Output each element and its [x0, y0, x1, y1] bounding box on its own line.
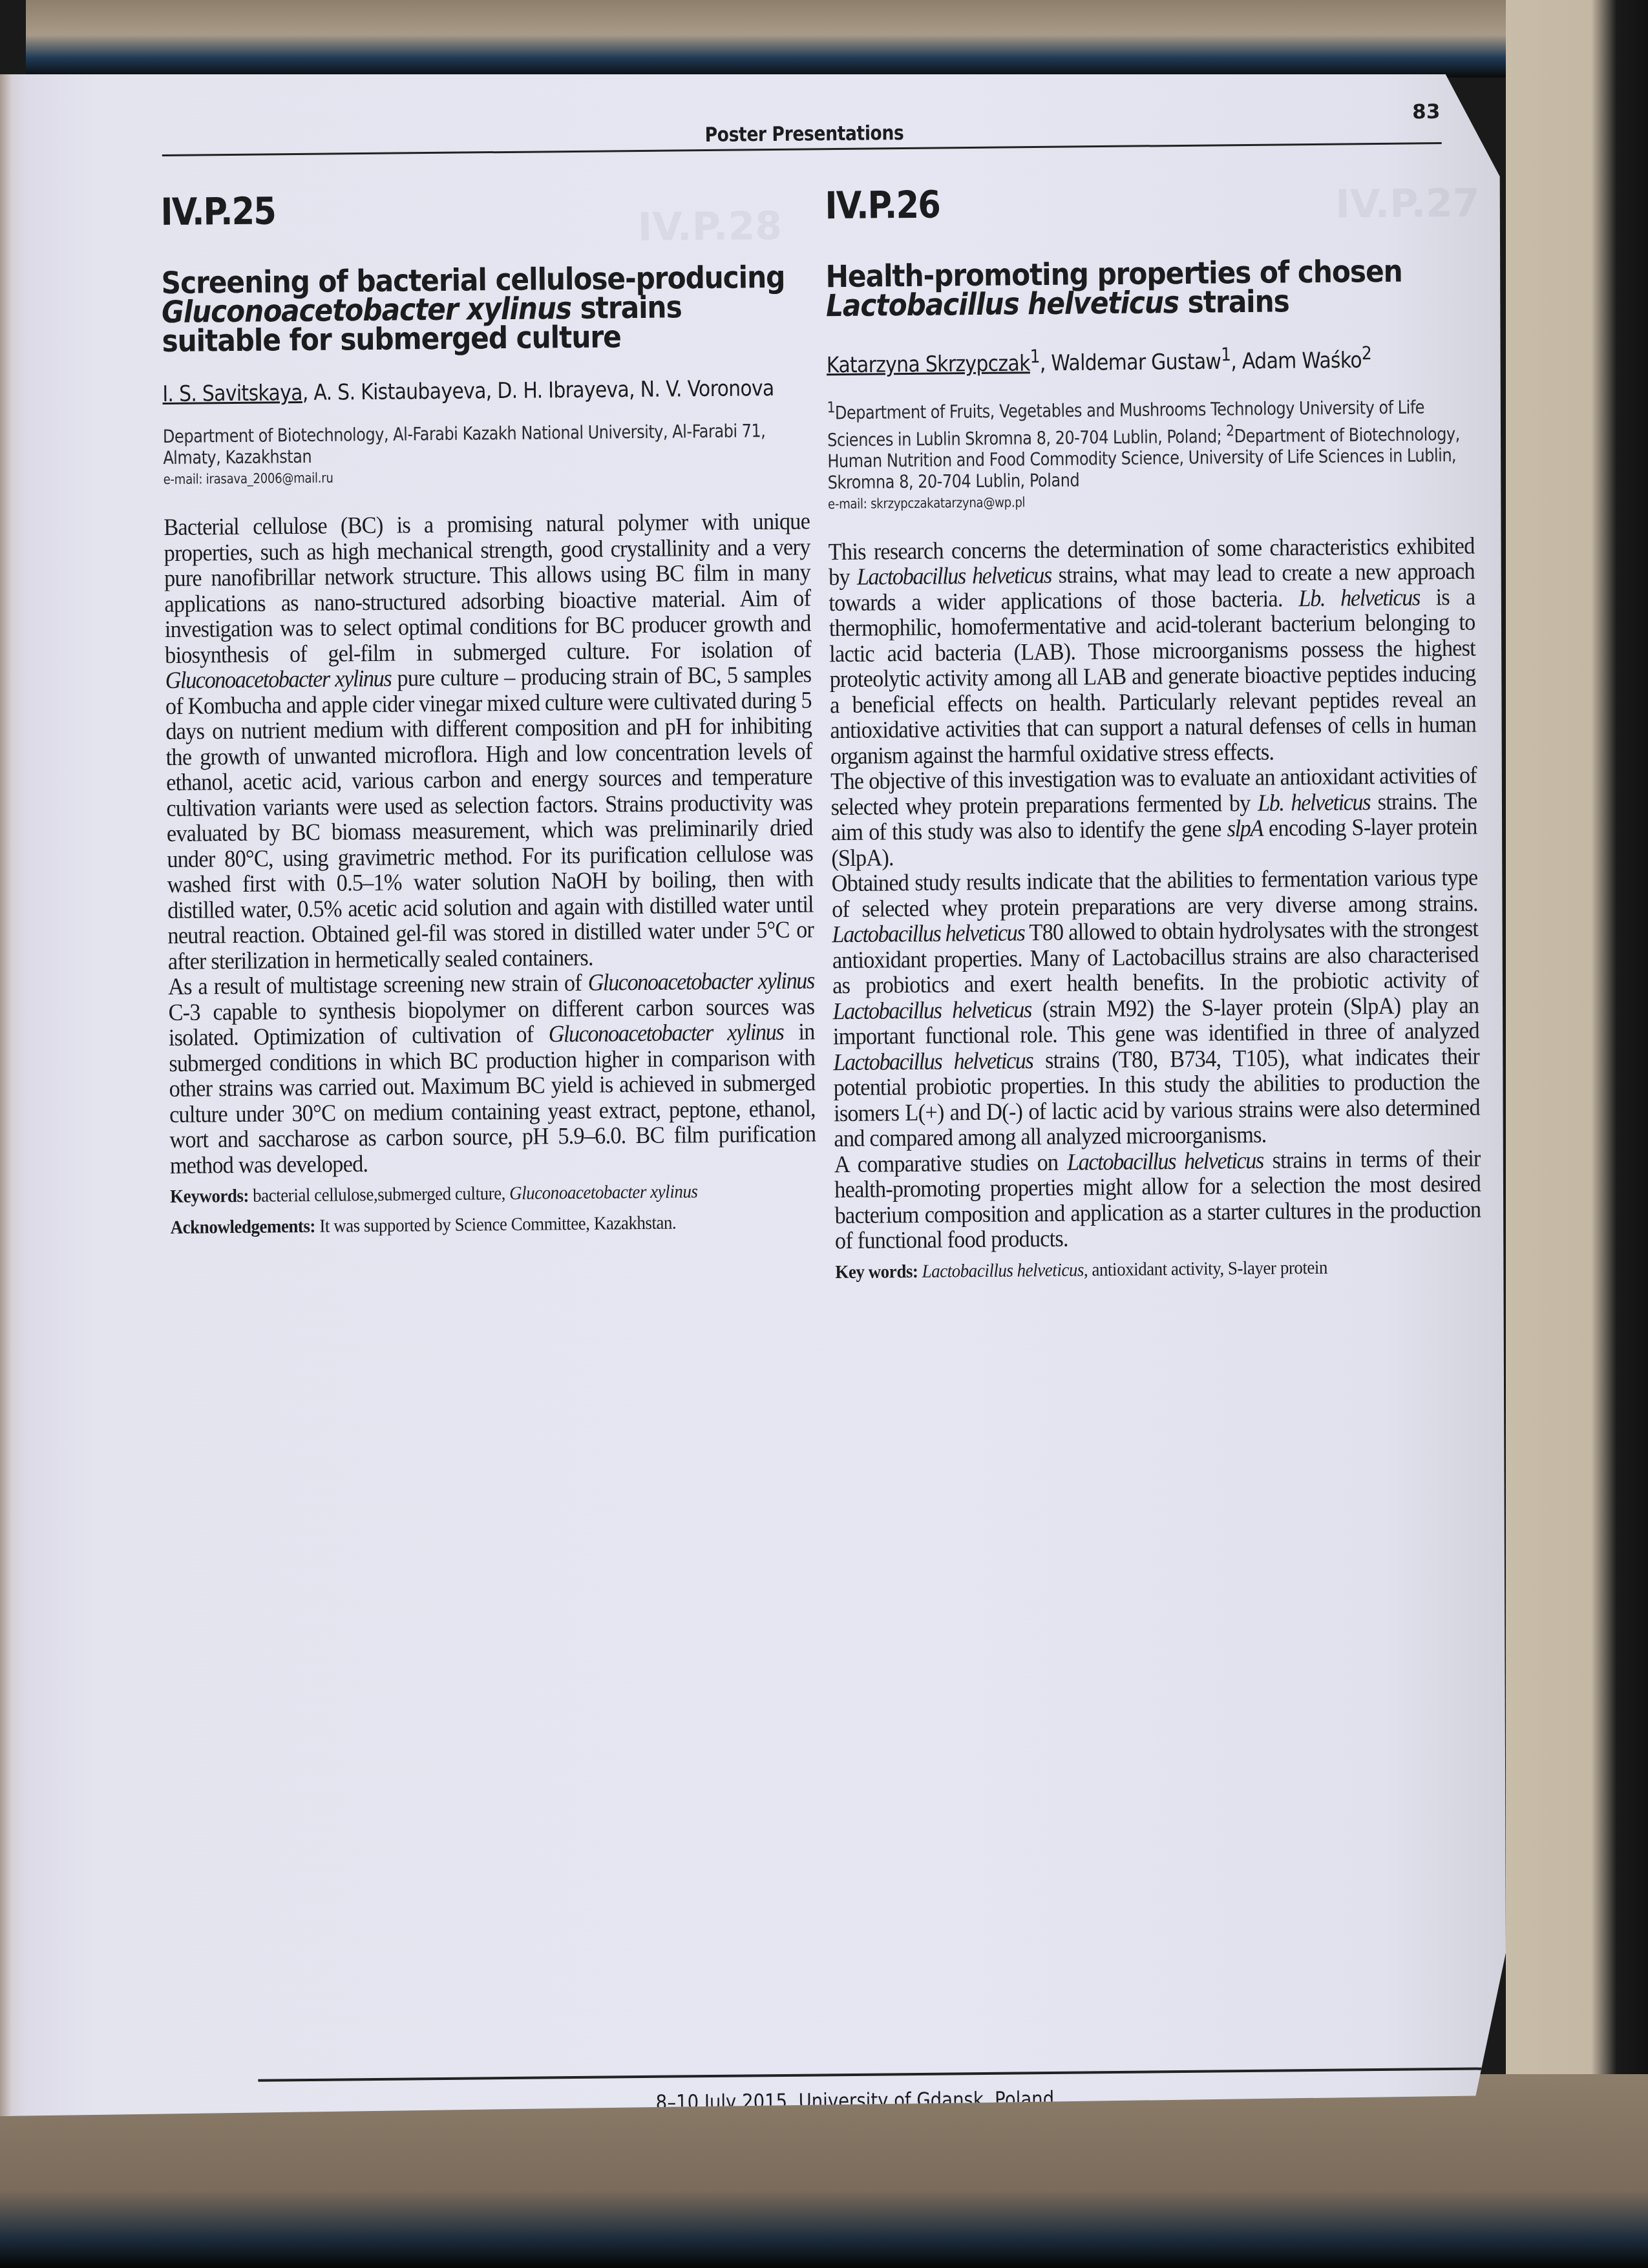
abstract-paragraph: The objective of this investigation was … — [830, 763, 1477, 872]
presenting-author: I. S. Savitskaya — [162, 380, 302, 407]
presenting-author: Katarzyna Skrzypczak — [827, 350, 1030, 378]
species-name: Lactobacillus helveticus — [826, 285, 1179, 324]
author-list: Katarzyna Skrzypczak1, Waldemar Gustaw1,… — [827, 339, 1470, 379]
scanner-background-right — [1506, 0, 1648, 2268]
page-content: Poster Presentations 83 IV.P.28 IV.P.27 … — [0, 67, 1516, 2123]
keywords: Key words: Lactobacillus helveticus, ant… — [835, 1254, 1481, 1286]
abstract-paragraph: Obtained study results indicate that the… — [831, 865, 1480, 1152]
abstract-paragraph: This research concerns the determination… — [829, 534, 1477, 770]
footer-rule — [258, 2067, 1525, 2082]
abstract-iv-p-25: IV.P.25 Screening of bacterial cellulose… — [160, 184, 817, 1241]
abstract-paragraph: As a result of multistage screening new … — [168, 968, 816, 1179]
abstract-code: IV.P.26 — [825, 178, 1394, 229]
affiliation: 1Department of Fruits, Vegetables and Mu… — [827, 391, 1472, 493]
acknowledgements: Acknowledgements: It was supported by Sc… — [171, 1208, 817, 1241]
page-number: 83 — [1412, 100, 1440, 123]
abstract-iv-p-26: IV.P.26 Health-promoting properties of c… — [825, 178, 1481, 1286]
affiliation: Department of Biotechnology, Al-Farabi K… — [163, 419, 808, 468]
book-page: Poster Presentations 83 IV.P.28 IV.P.27 … — [0, 74, 1506, 2116]
abstract-title: Health-promoting properties of chosen La… — [825, 257, 1466, 320]
abstract-body: This research concerns the determination… — [829, 534, 1482, 1255]
abstract-paragraph: Bacterial cellulose (BC) is a promising … — [164, 509, 814, 974]
running-head: Poster Presentations — [704, 121, 903, 147]
abstract-body: Bacterial cellulose (BC) is a promising … — [164, 509, 816, 1179]
author-list: I. S. Savitskaya, A. S. Kistaubayeva, D.… — [162, 375, 805, 408]
keywords: Keywords: bacterial cellulose,submerged … — [170, 1177, 816, 1210]
abstract-code: IV.P.25 — [160, 185, 730, 235]
abstract-paragraph: A comparative studies on Lactobacillus h… — [834, 1146, 1481, 1255]
scanner-background-top — [26, 0, 1577, 78]
contact-email: e-mail: irasava_2006@mail.ru — [163, 463, 719, 490]
abstract-title: Screening of bacterial cellulose-produci… — [161, 263, 801, 356]
contact-email: e-mail: skrzypczakatarzyna@wp.pl — [828, 488, 1384, 515]
